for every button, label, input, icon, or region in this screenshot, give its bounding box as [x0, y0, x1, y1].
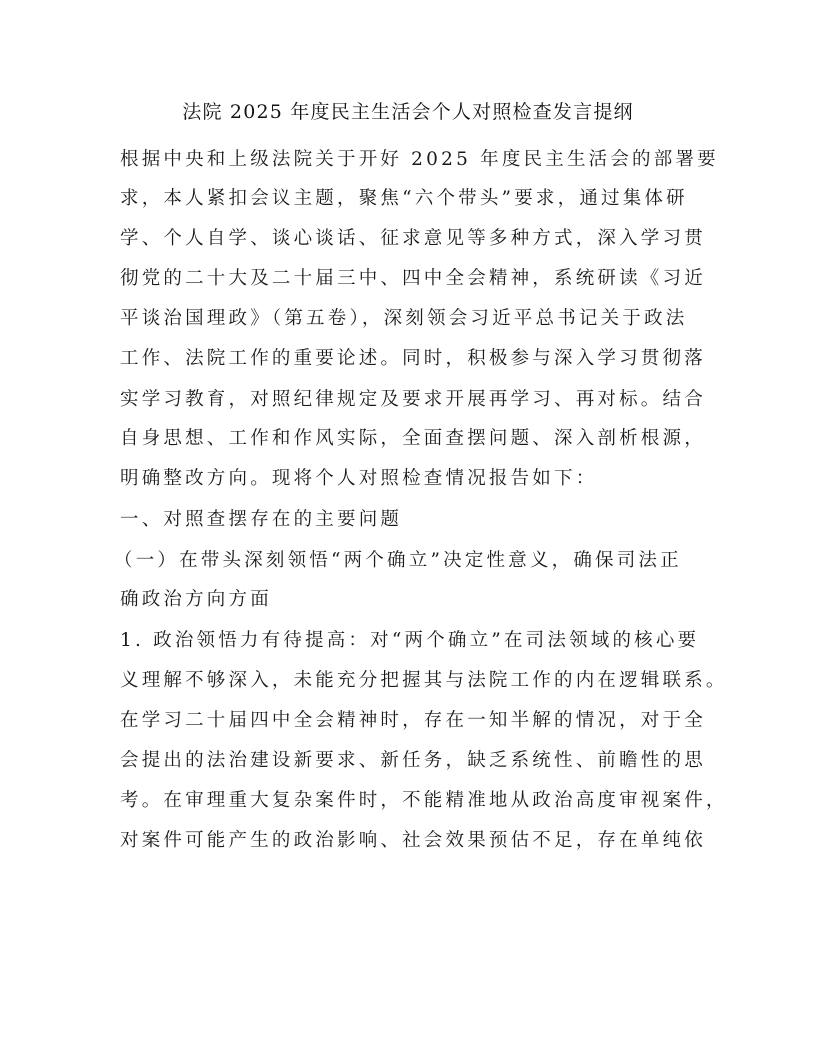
text-line: 平谈治国理政》（第五卷），深刻领会习近平总书记关于政法 — [120, 306, 720, 332]
heading-line: 确政治方向方面 — [120, 587, 720, 613]
text-line: 1. 政治领悟力有待提高：对“两个确立”在司法领域的核心要 — [120, 628, 720, 654]
text-line: 学、个人自学、谈心谈话、征求意见等多种方式，深入学习贯 — [120, 226, 720, 252]
text-line: 求，本人紧扣会议主题，聚焦“六个带头”要求，通过集体研 — [120, 186, 720, 212]
text-line: 会提出的法治建设新要求、新任务，缺乏系统性、前瞻性的思 — [120, 748, 720, 774]
text-line: 彻党的二十大及二十届三中、四中全会精神，系统研读《习近 — [120, 266, 720, 292]
text-line: 工作、法院工作的重要论述。同时，积极参与深入学习贯彻落 — [120, 346, 720, 372]
text-line: 自身思想、工作和作风实际，全面查摆问题、深入剖析根源， — [120, 426, 720, 452]
document-page: 法院 2025 年度民主生活会个人对照检查发言提纲 根据中央和上级法院关于开好 … — [0, 0, 816, 1056]
heading-line: （一）在带头深刻领悟“两个确立”决定性意义，确保司法正 — [114, 548, 714, 574]
text-line: 明确整改方向。现将个人对照检查情况报告如下： — [120, 466, 720, 492]
text-line: 对案件可能产生的政治影响、社会效果预估不足，存在单纯依 — [120, 828, 720, 854]
document-title: 法院 2025 年度民主生活会个人对照检查发言提纲 — [0, 98, 816, 126]
text-line: 义理解不够深入，未能充分把握其与法院工作的内在逻辑联系。 — [120, 668, 720, 694]
text-line: 根据中央和上级法院关于开好 2025 年度民主生活会的部署要 — [120, 147, 720, 173]
text-line: 在学习二十届四中全会精神时，存在一知半解的情况，对于全 — [120, 708, 720, 734]
heading-line: 一、对照查摆存在的主要问题 — [120, 507, 720, 533]
text-line: 考。在审理重大复杂案件时，不能精准地从政治高度审视案件， — [120, 788, 720, 814]
text-line: 实学习教育，对照纪律规定及要求开展再学习、再对标。结合 — [120, 387, 720, 413]
